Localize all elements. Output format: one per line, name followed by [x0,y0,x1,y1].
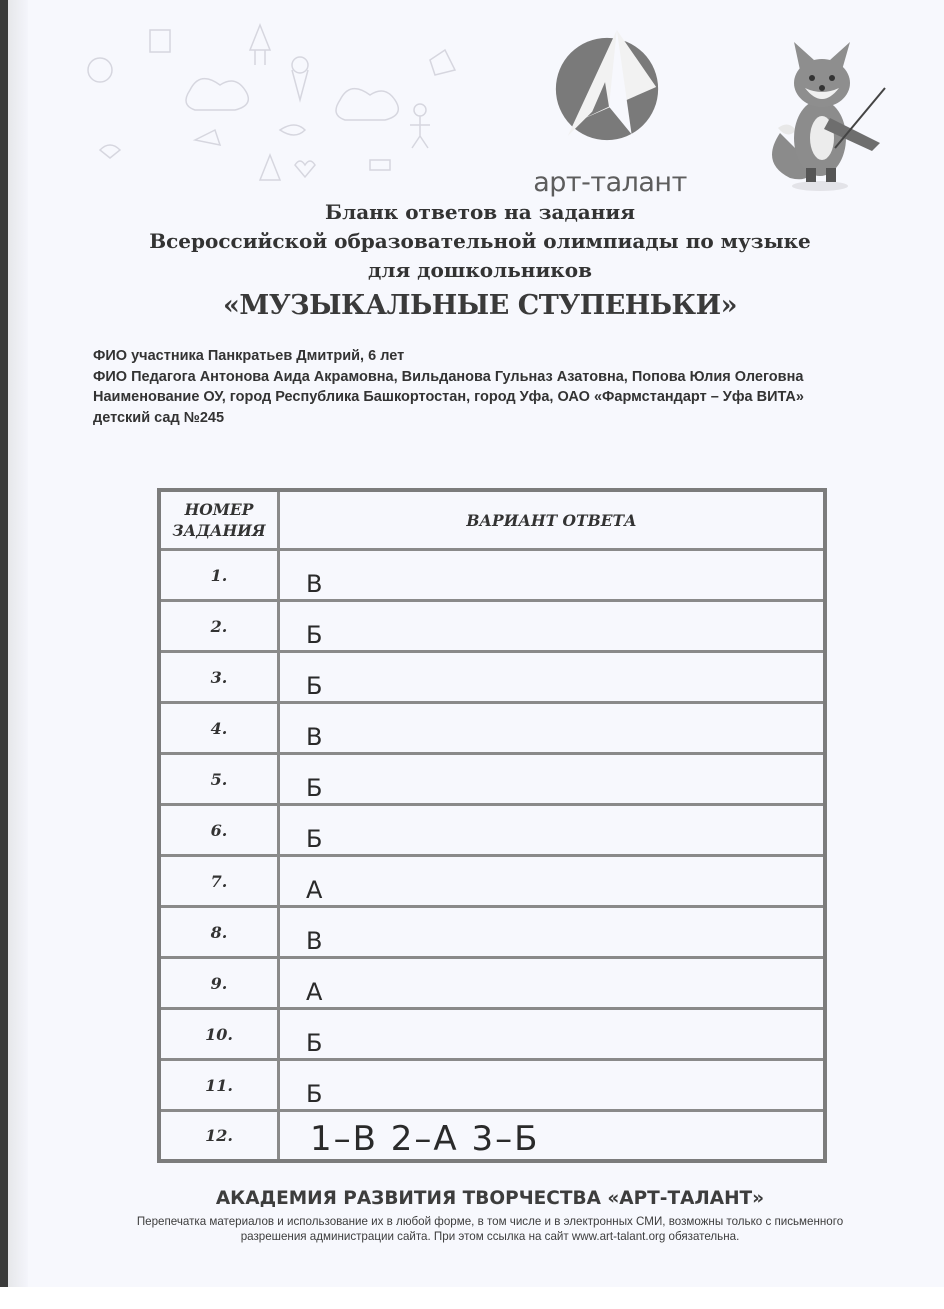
task-number: 2. [159,601,279,652]
table-row: 2.Б [159,601,825,652]
task-number: 8. [159,907,279,958]
table-row: 11.Б [159,1060,825,1111]
fox-violinist-mascot-icon [760,28,900,193]
task-number: 9. [159,958,279,1009]
participant-info: ФИО участника Панкратьев Дмитрий, 6 лет … [93,346,853,428]
title-line-2: Всероссийской образовательной олимпиады … [130,226,830,256]
task-number: 6. [159,805,279,856]
table-row: 12.1–В 2–А 3–Б [159,1111,825,1162]
handwritten-answer: Б [279,601,826,652]
scan-edge [0,0,8,1287]
art-talant-logo-icon [548,28,666,146]
task-number: 1. [159,550,279,601]
handwritten-answer: Б [279,1060,826,1111]
institution-name: Наименование ОУ, город Республика Башкор… [93,387,853,428]
handwritten-answer: В [279,907,826,958]
table-header-row: НОМЕРЗАДАНИЯ ВАРИАНТ ОТВЕТА [159,490,825,550]
table-row: 3.Б [159,652,825,703]
column-header-task-number: НОМЕРЗАДАНИЯ [159,490,279,550]
handwritten-answer: Б [279,652,826,703]
table-row: 8.В [159,907,825,958]
handwritten-answer: А [279,856,826,907]
sheet-title-block: Бланк ответов на задания Всероссийской о… [130,198,830,326]
task-number: 10. [159,1009,279,1060]
scan-shadow [8,0,28,1287]
table-row: 9.А [159,958,825,1009]
handwritten-answer: Б [279,805,826,856]
olympiad-title: «МУЗЫКАЛЬНЫЕ СТУПЕНЬКИ» [130,286,830,326]
footer-copyright-note: Перепечатка материалов и использование и… [112,1214,868,1244]
handwritten-answer: В [279,550,826,601]
title-line-3: для дошкольников [130,256,830,284]
task-number: 4. [159,703,279,754]
handwritten-answer: 1–В 2–А 3–Б [279,1111,826,1162]
answers-table: НОМЕРЗАДАНИЯ ВАРИАНТ ОТВЕТА 1.В2.Б3.Б4.В… [157,488,827,1163]
task-number: 3. [159,652,279,703]
table-row: 10.Б [159,1009,825,1060]
task-number: 7. [159,856,279,907]
handwritten-answer: Б [279,754,826,805]
task-number: 5. [159,754,279,805]
teacher-names: ФИО Педагога Антонова Аида Акрамовна, Ви… [93,367,853,388]
table-row: 1.В [159,550,825,601]
scan-bottom-edge [0,1287,944,1309]
handwritten-answer: Б [279,1009,826,1060]
footer-academy-title: АКАДЕМИЯ РАЗВИТИЯ ТВОРЧЕСТВА «АРТ-ТАЛАНТ… [120,1188,860,1209]
table-row: 4.В [159,703,825,754]
handwritten-answer: А [279,958,826,1009]
table-row: 6.Б [159,805,825,856]
task-number: 12. [159,1111,279,1162]
table-row: 5.Б [159,754,825,805]
handwritten-answer: В [279,703,826,754]
title-line-1: Бланк ответов на задания [130,198,830,226]
brand-name: арт-талант [520,167,700,198]
participant-name: ФИО участника Панкратьев Дмитрий, 6 лет [93,346,853,367]
column-header-answer: ВАРИАНТ ОТВЕТА [279,490,826,550]
kids-doodles-background [40,10,540,210]
task-number: 11. [159,1060,279,1111]
table-row: 7.А [159,856,825,907]
